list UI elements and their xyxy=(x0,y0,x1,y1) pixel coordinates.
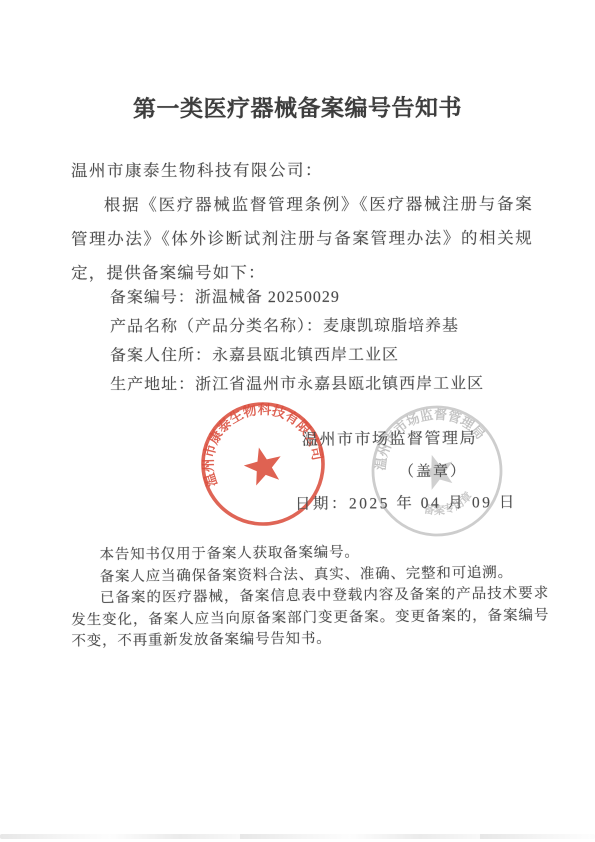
issue-date: 日期：2025 年 04 月 09 日 xyxy=(295,490,517,514)
addressee-line: 温州市康泰生物科技有限公司： xyxy=(71,157,323,182)
intro-paragraph: 根据《医疗器械监督管理条例》《医疗器械注册与备案管理办法》《体外诊断试剂注册与备… xyxy=(71,187,533,290)
notes-section: 本告知书仅用于备案人获取备案编号。 备案人应当确保备案资料合法、真实、准确、完整… xyxy=(70,541,549,653)
detail-registrant-address: 备案人住所：永嘉县瓯北镇西岸工业区 xyxy=(110,341,484,371)
detail-record-number: 备案编号：浙温械备 20250029 xyxy=(110,283,484,313)
company-seal: 温州市康泰生物科技有限公司 xyxy=(178,379,348,549)
issuer-name: 温州市市场监督管理局 xyxy=(302,425,477,450)
star-icon xyxy=(240,443,286,487)
document-title: 第一类医疗器械备案编号告知书 xyxy=(0,89,595,124)
seal-caption: （盖章） xyxy=(399,460,467,482)
document-page: 第一类医疗器械备案编号告知书 温州市康泰生物科技有限公司： 根据《医疗器械监督管… xyxy=(0,0,595,842)
detail-product-name: 产品名称（产品分类名称）：麦康凯琼脂培养基 xyxy=(110,312,484,342)
note-line-3: 已备案的医疗器械，备案信息表中登载内容及备案的产品技术要求发生变化，备案人应当向… xyxy=(71,583,550,653)
scan-edge-artifact xyxy=(0,834,595,839)
filing-details: 备案编号：浙温械备 20250029 产品名称（产品分类名称）：麦康凯琼脂培养基… xyxy=(110,283,484,400)
